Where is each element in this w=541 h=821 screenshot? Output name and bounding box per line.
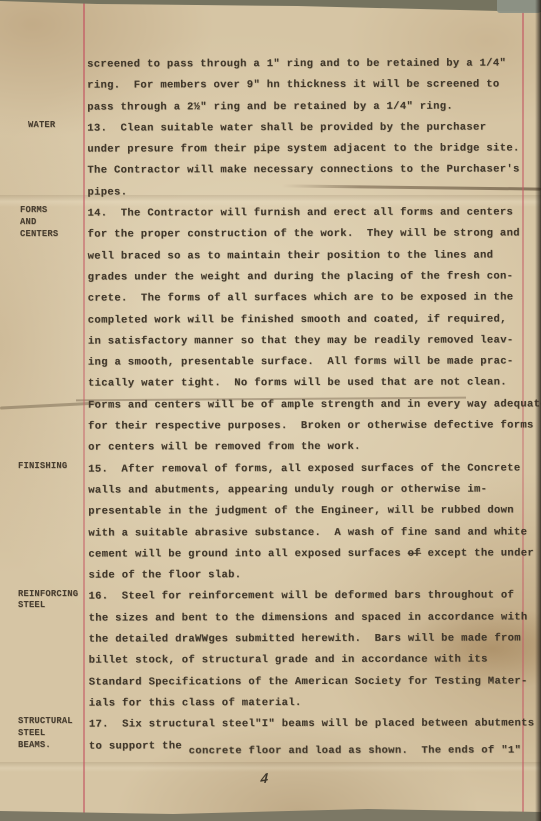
text-line: grades under the weight and during the p… bbox=[88, 266, 538, 288]
paper-edge-bottom bbox=[0, 807, 541, 821]
text-line: for the proper construction of the work.… bbox=[88, 224, 538, 246]
paper-edge-top bbox=[0, 0, 541, 16]
text-line: Standard Specifications of the American … bbox=[89, 671, 539, 693]
margin-label: FORMS AND CENTERS bbox=[20, 205, 58, 240]
paper-crease bbox=[0, 762, 541, 772]
text-line: 17. Six structural steel"I" beams will b… bbox=[89, 714, 539, 736]
text-line: the sizes and bent to the dimensions and… bbox=[89, 607, 539, 629]
text-line: billet stock, of structural grade and in… bbox=[89, 650, 539, 672]
text-line: to support the concrete floor and load a… bbox=[89, 735, 539, 757]
text-line: presentable in the judgment of the Engin… bbox=[88, 501, 538, 523]
margin-label: REINFORCING STEEL bbox=[18, 589, 78, 613]
text-line: 16. Steel for reinforcement will be defo… bbox=[88, 586, 538, 608]
paper-edge-right bbox=[535, 0, 541, 821]
text-line: under presure from their pipe system adj… bbox=[87, 139, 537, 161]
text-line: walls and abutments, appearing unduly ro… bbox=[88, 479, 538, 501]
text-line: for their respective purposes. Broken or… bbox=[88, 415, 538, 437]
body-text: screened to pass through a 1" ring and t… bbox=[87, 53, 539, 757]
text-line: ing a smooth, presentable surface. All f… bbox=[88, 352, 538, 374]
page-number: 4 bbox=[260, 771, 269, 789]
text-line: 14. The Contractor will furnish and erec… bbox=[87, 202, 537, 224]
text-line: pipes. bbox=[87, 181, 537, 203]
text-line: Forms and centers will be of ample stren… bbox=[88, 394, 538, 416]
text-line: completed work will be finished smooth a… bbox=[88, 309, 538, 331]
margin-label: WATER bbox=[28, 120, 55, 132]
margin-rule-left bbox=[83, 0, 85, 821]
text-line: 13. Clean suitable water shall be provid… bbox=[87, 117, 537, 139]
text-line: tically water tight. No forms will be us… bbox=[88, 373, 538, 395]
text-line: the detailed draWWges submitted herewith… bbox=[89, 628, 539, 650]
text-line: side of the floor slab. bbox=[88, 565, 538, 587]
text-line: The Contractor will make necessary conne… bbox=[87, 160, 537, 182]
text-line: screened to pass through a 1" ring and t… bbox=[87, 53, 537, 75]
text-line: or centers will be removed from the work… bbox=[88, 437, 538, 459]
paper-crease bbox=[0, 401, 100, 409]
margin-label: FINISHING bbox=[18, 461, 67, 473]
text-line: crete. The forms of all surfaces which a… bbox=[88, 288, 538, 310]
text-line: ring. For members over 9" hn thickness i… bbox=[87, 75, 537, 97]
text-line: 15. After removal of forms, all exposed … bbox=[88, 458, 538, 480]
margin-label: STRUCTURAL STEEL BEAMS. bbox=[18, 716, 73, 751]
text-line: ials for this class of material. bbox=[89, 692, 539, 714]
text-line: pass through a 2½" ring and be retained … bbox=[87, 96, 537, 118]
document-page: WATERFORMS AND CENTERSFINISHINGREINFORCI… bbox=[0, 0, 541, 821]
text-line: with a suitable abrasive substance. A wa… bbox=[88, 522, 538, 544]
text-line: in satisfactory manner so that they may … bbox=[88, 330, 538, 352]
text-line: well braced so as to maintain their posi… bbox=[88, 245, 538, 267]
text-line: cement will be ground into all exposed s… bbox=[88, 543, 538, 565]
